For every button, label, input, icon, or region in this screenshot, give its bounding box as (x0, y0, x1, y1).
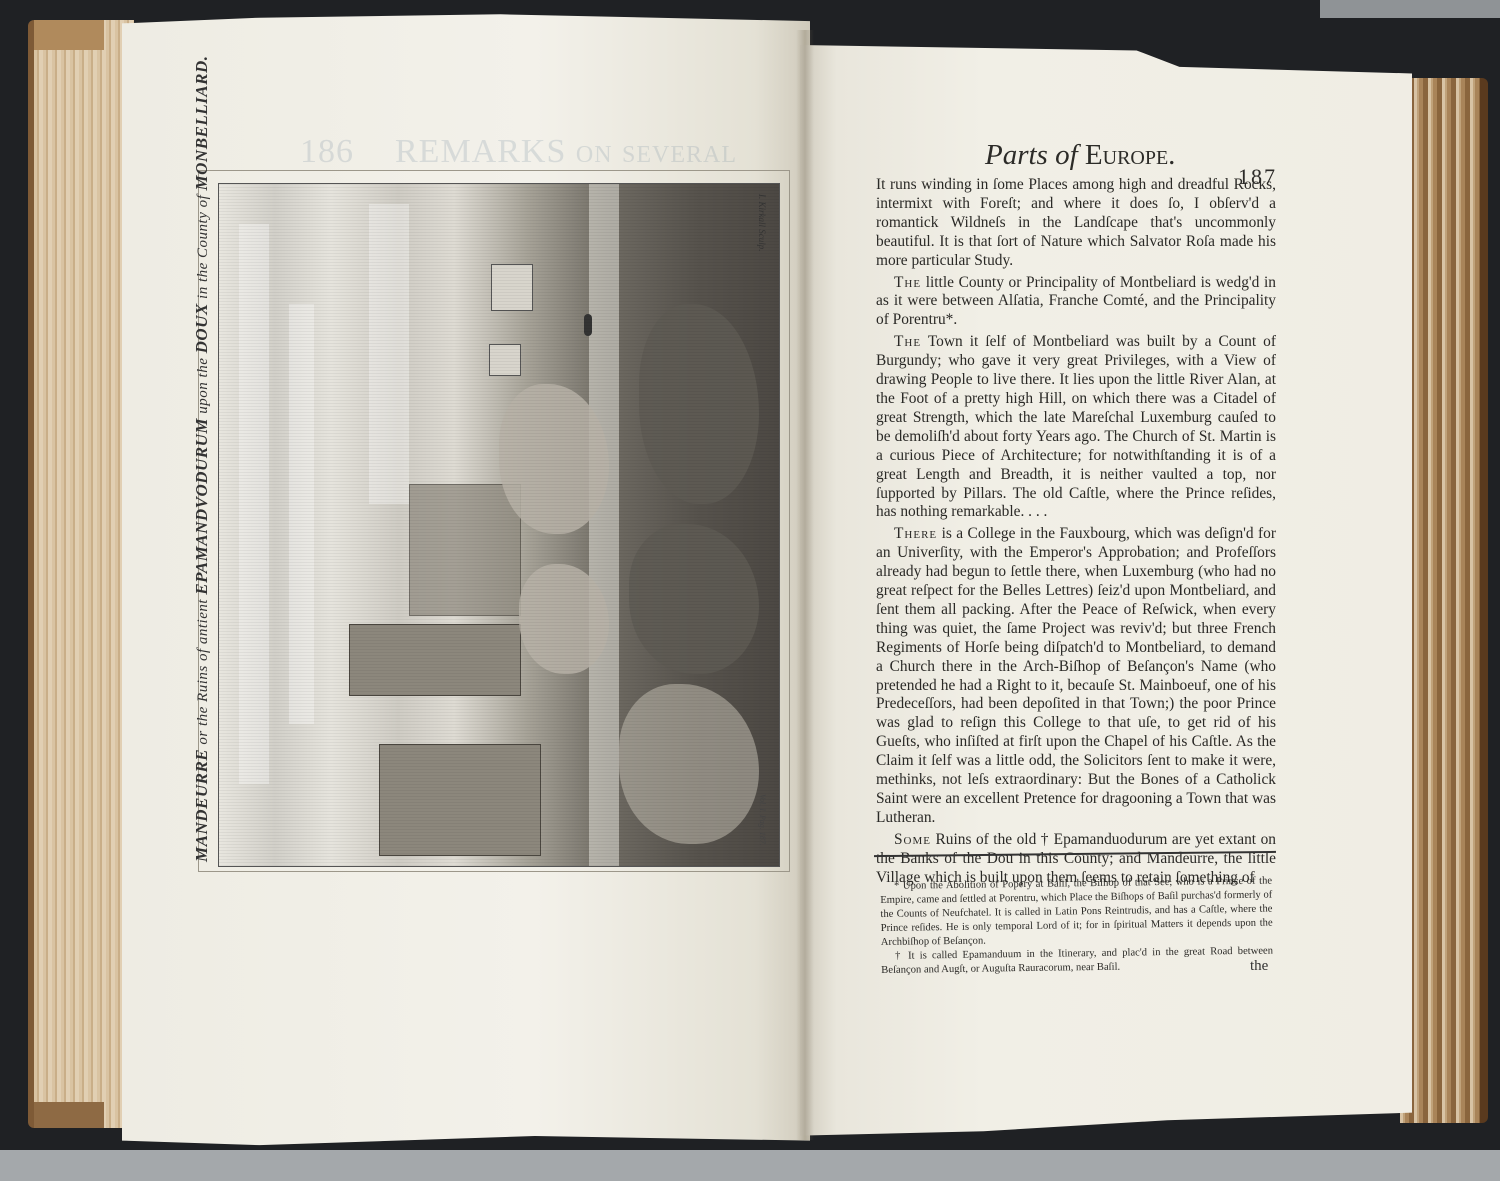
left-cover-corner-bottom (34, 1102, 104, 1128)
caption-monbelliard: MONBELLIARD. (192, 56, 211, 191)
running-head-italic: Parts of (985, 139, 1078, 171)
paragraph-text: It runs winding in ſome Places among hig… (876, 176, 1276, 269)
footnote-dagger: † It is called Epamanduum in the Itinera… (881, 945, 1273, 978)
engraving-landscape: I. Kirkall Sculp. Vol. I. Pag. 187. (218, 183, 780, 867)
caption-epamanduodurum: EPAMANDVODURUM (192, 418, 211, 595)
caption-text-3: in the County of (195, 195, 211, 299)
paragraph-1: It runs winding in ſome Places among hig… (876, 176, 1276, 271)
paragraph-4: There is a College in the Fauxbourg, whi… (876, 525, 1276, 828)
engraver-signature: I. Kirkall Sculp. (757, 194, 767, 252)
plate-caption: MANDEURRE or the Ruins of antient EPAMAN… (192, 162, 220, 862)
paragraph-text: little County or Principality of Montbel… (876, 274, 1276, 329)
footnotes: * Upon the Abolition of Popery at Baſil,… (880, 875, 1273, 978)
paragraph-lead: The (894, 274, 921, 291)
paragraph-text: is a College in the Fauxbourg, which was… (876, 525, 1276, 826)
ghost-running-head: REMARKS on several (395, 133, 737, 171)
grey-surface (0, 1150, 1500, 1181)
caption-text-1: or the Ruins of antient (195, 599, 211, 745)
left-cover-corner-top (34, 20, 104, 50)
paragraph-3: The Town it ſelf of Montbeliard was buil… (876, 333, 1276, 522)
caption-text-2: upon the (195, 358, 211, 414)
running-head: Parts of Europe. (985, 139, 1175, 172)
catchword: the (1250, 958, 1268, 975)
paragraph-2: The little County or Principality of Mon… (876, 274, 1276, 331)
paragraph-text: Town it ſelf of Montbeliard was built by… (876, 333, 1276, 520)
paragraph-lead: The (894, 333, 921, 350)
book-gutter (796, 30, 814, 1140)
ghost-page-number: 186 (300, 133, 354, 171)
background-strip (1320, 0, 1500, 18)
footnote-asterisk: * Upon the Abolition of Popery at Baſil,… (880, 875, 1273, 950)
body-text: It runs winding in ſome Places among hig… (876, 176, 1276, 888)
running-head-smallcaps: Europe. (1085, 139, 1176, 171)
volume-page-mark: Vol. I. Pag. 187. (758, 794, 767, 846)
caption-mandeurre: MANDEURRE (192, 749, 211, 862)
paragraph-lead: There (894, 525, 937, 542)
engraving-hatching (219, 184, 779, 866)
paragraph-lead: Some (894, 831, 931, 848)
caption-doux: DOUX (192, 303, 211, 353)
left-page-block-edges (28, 20, 134, 1128)
right-page-block-edges (1400, 78, 1488, 1123)
